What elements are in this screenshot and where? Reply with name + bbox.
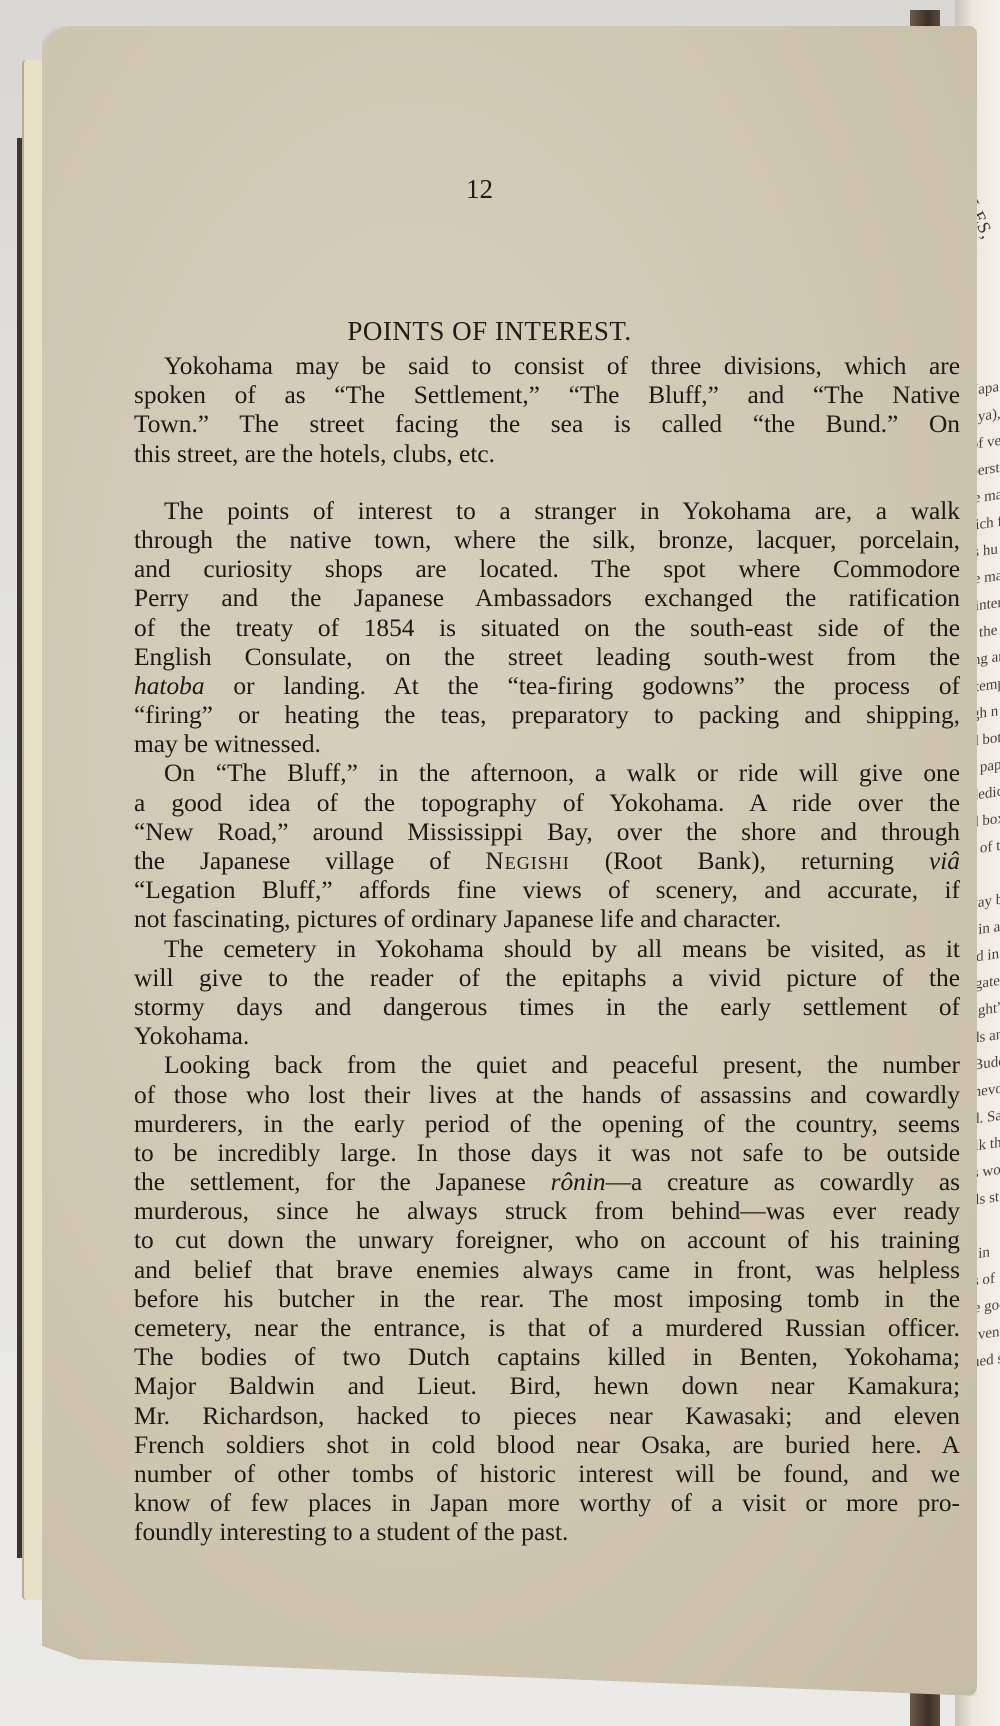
text-line: may be witnessed. [134, 730, 960, 759]
paragraph: The points of interest to a stranger in … [134, 497, 960, 760]
text-line: “New Road,” around Mississippi Bay, over… [134, 818, 960, 847]
text-line: hatoba or landing. At the “tea-firing go… [134, 672, 960, 701]
text-line: of the treaty of 1854 is situated on the… [134, 614, 960, 643]
text-line: Major Baldwin and Lieut. Bird, hewn down… [134, 1372, 960, 1401]
text-line: before his butcher in the rear. The most… [134, 1285, 960, 1314]
text-line: murderers, in the early period of the op… [134, 1110, 960, 1139]
text-line: The points of interest to a stranger in … [134, 497, 960, 526]
text-line: Mr. Richardson, hacked to pieces near Ka… [134, 1402, 960, 1431]
text-line: The cemetery in Yokohama should by all m… [134, 935, 960, 964]
text-line: spoken of as “The Settlement,” “The Bluf… [134, 381, 960, 410]
paragraph: Yokohama may be said to consist of three… [134, 352, 960, 469]
text-line: of those who lost their lives at the han… [134, 1081, 960, 1110]
text-line: a good idea of the topography of Yokoham… [134, 789, 960, 818]
text-line: English Consulate, on the street leading… [134, 643, 960, 672]
text-line: to cut down the unwary foreigner, who on… [134, 1226, 960, 1255]
text-line: the settlement, for the Japanese rônin—a… [134, 1168, 960, 1197]
text-line: murderous, since he always struck from b… [134, 1197, 960, 1226]
text-line: The bodies of two Dutch captains killed … [134, 1343, 960, 1372]
text-line: the Japanese village of Negishi (Root Ba… [134, 847, 960, 876]
paragraph-gap [134, 469, 960, 497]
text-line: to be incredibly large. In those days it… [134, 1139, 960, 1168]
text-line: stormy days and dangerous times in the e… [134, 993, 960, 1022]
text-line: Town.” The street facing the sea is call… [134, 410, 960, 439]
text-line: through the native town, where the silk,… [134, 526, 960, 555]
text-line: know of few places in Japan more worthy … [134, 1489, 960, 1518]
paragraph: The cemetery in Yokohama should by all m… [134, 935, 960, 1052]
text-line: Looking back from the quiet and peaceful… [134, 1051, 960, 1080]
text-line: On “The Bluff,” in the afternoon, a walk… [134, 759, 960, 788]
text-line: and curiosity shops are located. The spo… [134, 555, 960, 584]
text-line: Yokohama. [134, 1022, 960, 1051]
text-line: number of other tombs of historic intere… [134, 1460, 960, 1489]
text-line: “Legation Bluff,” affords fine views of … [134, 876, 960, 905]
text-line: and belief that brave enemies always cam… [134, 1256, 960, 1285]
body-text: Yokohama may be said to consist of three… [134, 352, 960, 1548]
text-line: will give to the reader of the epitaphs … [134, 964, 960, 993]
text-line: French soldiers shot in cold blood near … [134, 1431, 960, 1460]
book-cover-edge [17, 138, 22, 1558]
text-line: cemetery, near the entrance, is that of … [134, 1314, 960, 1343]
section-title: POINTS OF INTEREST. [22, 316, 957, 347]
text-line: Perry and the Japanese Ambassadors excha… [134, 584, 960, 613]
paragraph: Looking back from the quiet and peaceful… [134, 1051, 960, 1547]
paragraph: On “The Bluff,” in the afternoon, a walk… [134, 759, 960, 934]
text-line: “firing” or heating the teas, preparator… [134, 701, 960, 730]
text-line: foundly interesting to a student of the … [134, 1518, 960, 1547]
text-line: this street, are the hotels, clubs, etc. [134, 440, 960, 469]
page-number: 12 [12, 174, 947, 205]
text-line: Yokohama may be said to consist of three… [134, 352, 960, 381]
text-line: not fascinating, pictures of ordinary Ja… [134, 905, 960, 934]
